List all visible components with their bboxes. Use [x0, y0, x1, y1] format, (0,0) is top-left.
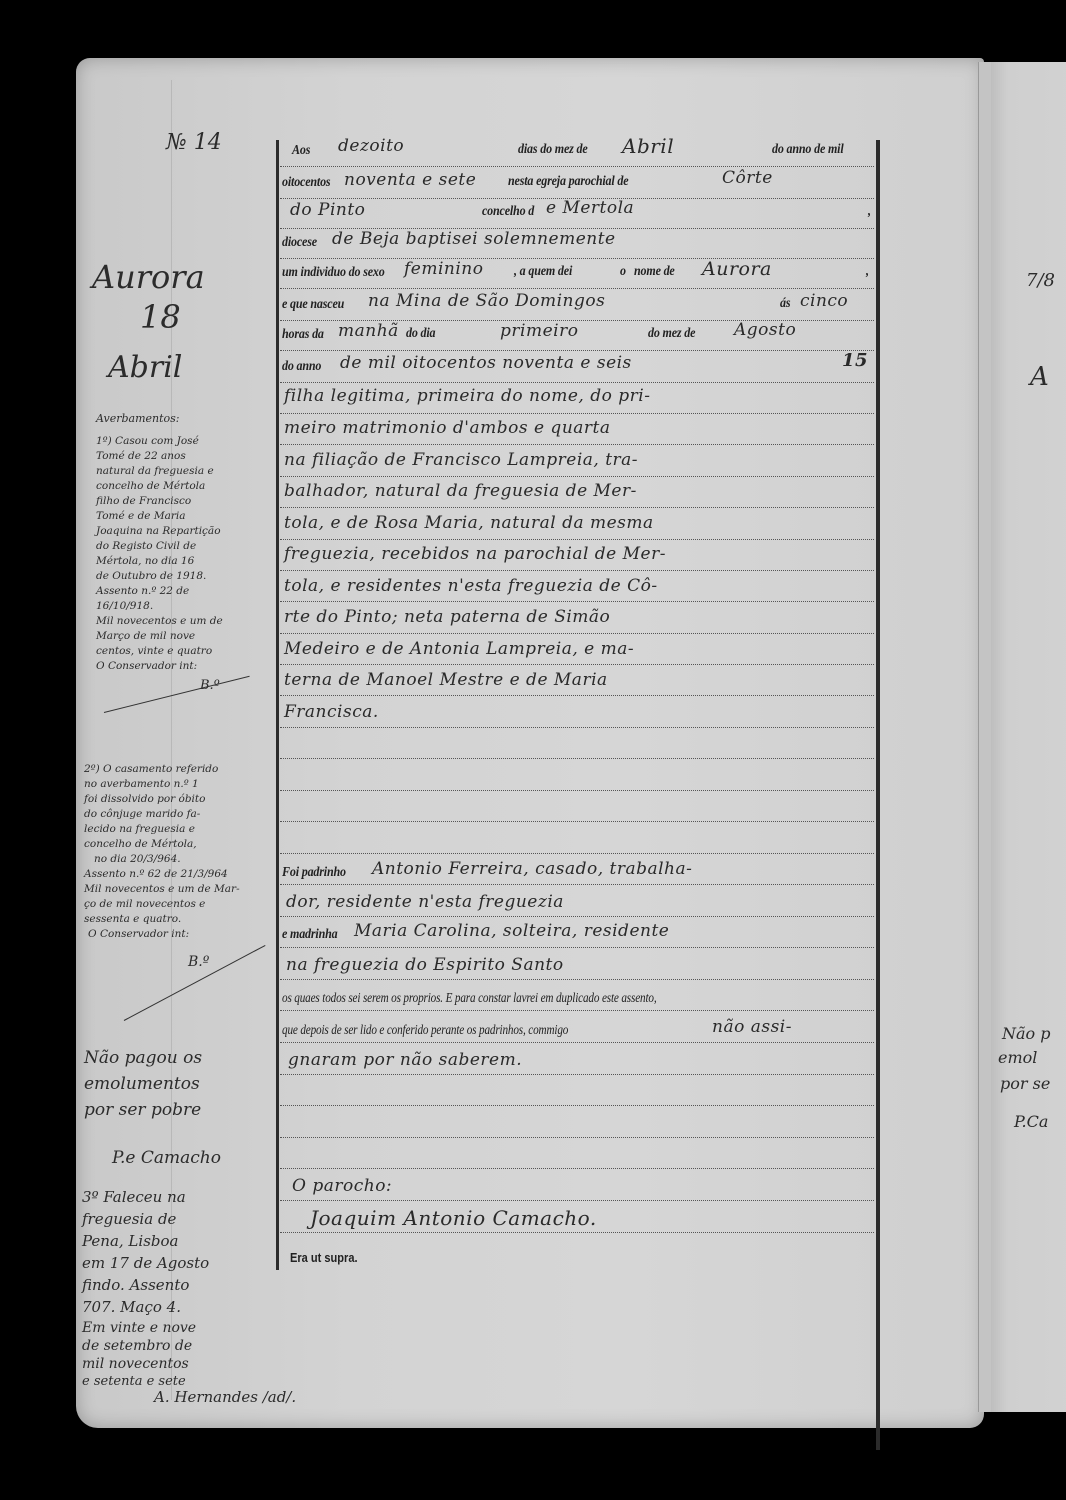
rule	[280, 258, 874, 259]
closing-text: os quaes todos sei serem os proprios. E …	[282, 991, 656, 1007]
body-line: balhador, natural da freguesia de Mer-	[284, 481, 637, 501]
body-line: Francisca.	[284, 702, 379, 722]
note-line: foi dissolvido por óbito	[84, 792, 205, 807]
entry-line-4: diocese de Beja baptisei solemnemente	[282, 234, 874, 251]
right-page-fragment: emol	[998, 1048, 1037, 1067]
printed-text: horas da	[282, 327, 324, 343]
handwritten-correction: 15	[842, 350, 868, 371]
right-page-fragment: 7/8	[1026, 270, 1055, 291]
note-line: O Conservador int:	[88, 927, 189, 942]
entry-number: № 14	[166, 130, 222, 155]
rule	[280, 1137, 874, 1138]
handwritten-name: Aurora	[702, 258, 772, 280]
closing-text: que depois de ser lido e conferido peran…	[282, 1023, 568, 1039]
body-line: tola, e de Rosa Maria, natural da mesma	[284, 513, 654, 533]
averbamentos-title: Averbamentos:	[96, 412, 180, 427]
godfather-name: Antonio Ferreira, casado, trabalha-	[372, 859, 692, 879]
note-line: O Conservador int:	[96, 659, 197, 674]
handwritten-hour: cinco	[800, 291, 848, 311]
note-line: findo. Assento	[82, 1276, 189, 1294]
entry-frame-left	[276, 140, 279, 1270]
note-signature: A. Hernandes /ad/.	[154, 1388, 296, 1406]
rule	[280, 695, 874, 696]
rule	[280, 1074, 874, 1075]
rule	[280, 444, 874, 445]
note-line: concelho de Mértola,	[84, 837, 197, 852]
printed-text: do mez de	[648, 326, 695, 342]
rule	[280, 853, 874, 854]
printed-text: concelho d	[482, 204, 534, 220]
handwritten-parish: Côrte	[722, 168, 773, 188]
note-line: Em vinte e nove	[82, 1320, 196, 1336]
note-line: 2º) O casamento referido	[84, 762, 218, 777]
note-signature: P.e Camacho	[112, 1148, 221, 1168]
godfather-continued: dor, residente n'esta freguezia	[286, 892, 564, 912]
note-line: Mértola, no dia 16	[96, 554, 194, 569]
printed-text: do anno de mil	[772, 142, 844, 158]
note-line: ço de mil novecentos e	[84, 897, 205, 912]
note-line: Joaquina na Repartição	[96, 524, 221, 539]
handwritten-birth-day: primeiro	[500, 321, 578, 341]
priest-title: O parocho:	[292, 1176, 392, 1196]
printed-text: , a quem dei	[514, 264, 572, 280]
handwritten-birth-month: Agosto	[734, 320, 796, 340]
note-line: sessenta e quatro.	[84, 912, 181, 927]
right-page-fragment: Não p	[1002, 1024, 1051, 1043]
priest-signature: Joaquim Antonio Camacho.	[310, 1206, 597, 1230]
closing-line-2: que depois de ser lido e conferido peran…	[282, 1022, 874, 1039]
body-line: meiro matrimonio d'ambos e quarta	[284, 418, 611, 438]
godfather-line: Foi padrinho Antonio Ferreira, casado, t…	[282, 864, 874, 881]
handwritten-day: dezoito	[338, 136, 404, 156]
handwritten-municipality: e Mertola	[546, 198, 634, 218]
note-line: Assento n.º 22 de	[96, 584, 189, 599]
rule	[280, 727, 874, 728]
margin-name: Aurora	[92, 258, 205, 296]
rule	[280, 288, 874, 289]
rule	[280, 382, 874, 383]
rule	[280, 570, 874, 571]
printed-text: dias do mez de	[518, 142, 587, 158]
body-line: Medeiro e de Antonia Lampreia, e ma-	[284, 639, 634, 659]
printed-text: o	[620, 264, 626, 280]
rule	[280, 884, 874, 885]
rule	[280, 916, 874, 917]
entry-line-8: do anno de mil oitocentos noventa e seis…	[282, 358, 874, 375]
note-line: 3º Faleceu na	[82, 1188, 186, 1206]
rule	[280, 1042, 874, 1043]
right-page-fragment: P.Ca	[1014, 1112, 1048, 1131]
rule	[280, 821, 874, 822]
entry-line-1: Aos dezoito dias do mez de Abril do anno…	[282, 142, 874, 159]
note-line: de Outubro de 1918.	[96, 569, 206, 584]
note-line: no dia 20/3/964.	[94, 852, 181, 867]
note-signature: B.º	[188, 954, 209, 970]
note-line: Assento n.º 62 de 21/3/964	[84, 867, 228, 882]
rule	[280, 947, 874, 948]
printed-text: nome de	[634, 264, 675, 280]
printed-text: oitocentos	[282, 175, 330, 191]
printed-text: do dia	[406, 326, 435, 342]
note-line: 16/10/918.	[96, 599, 153, 614]
note-line: no averbamento n.º 1	[84, 777, 199, 792]
note-line: Mil novecentos e um de Mar-	[84, 882, 240, 897]
closing-line-1: os quaes todos sei serem os proprios. E …	[282, 990, 874, 1007]
printed-text: Aos	[292, 143, 310, 159]
note-line: por ser pobre	[84, 1100, 201, 1120]
rule	[280, 166, 874, 167]
entry-line-2: oitocentos noventa e sete nesta egreja p…	[282, 174, 874, 191]
printed-text: nesta egreja parochial de	[508, 174, 628, 190]
rule	[280, 350, 874, 351]
rule	[280, 790, 874, 791]
entry-line-6: e que nasceu na Mina de São Domingos ás …	[282, 296, 874, 313]
handwritten-closing-cont: gnaram por não saberem.	[288, 1050, 522, 1070]
printed-text: e que nasceu	[282, 297, 344, 313]
body-line: freguezia, recebidos na parochial de Mer…	[284, 544, 666, 564]
rule	[280, 1168, 874, 1169]
note-line: freguesia de	[82, 1210, 176, 1228]
note-line: 707. Maço 4.	[82, 1298, 181, 1316]
rule	[280, 758, 874, 759]
printed-text: diocese	[282, 235, 317, 251]
body-line: na filiação de Francisco Lampreia, tra-	[284, 450, 638, 470]
handwritten-year: noventa e sete	[344, 170, 476, 190]
margin-month: Abril	[108, 350, 182, 385]
godmother-line: e madrinha Maria Carolina, solteira, res…	[282, 926, 874, 943]
godmother-continued: na freguezia do Espirito Santo	[286, 955, 564, 975]
note-line: de setembro de	[82, 1338, 192, 1354]
rule	[280, 601, 874, 602]
note-line: emolumentos	[84, 1074, 200, 1094]
handwritten-time-of-day: manhã	[338, 321, 399, 341]
note-line: centos, vinte e quatro	[96, 644, 212, 659]
note-line: Pena, Lisboa	[82, 1232, 178, 1250]
note-line: Tomé de 22 anos	[96, 449, 186, 464]
note-line: natural da freguesia e	[96, 464, 214, 479]
note-line: mil novecentos	[82, 1356, 189, 1372]
handwritten-diocese: de Beja baptisei solemnemente	[332, 229, 616, 249]
rule	[280, 507, 874, 508]
note-line: filho de Francisco	[96, 494, 191, 509]
note-line: Março de mil nove	[96, 629, 195, 644]
body-line: rte do Pinto; neta paterna de Simão	[284, 607, 610, 627]
rule	[280, 633, 874, 634]
body-line: filha legitima, primeira do nome, do pri…	[284, 386, 650, 406]
handwritten-sex: feminino	[404, 259, 483, 279]
handwritten-birthplace: na Mina de São Domingos	[368, 291, 605, 311]
handwritten-closing: não assi-	[712, 1017, 792, 1037]
entry-frame-right	[876, 140, 880, 1450]
godmother-label: e madrinha	[282, 927, 337, 943]
rule	[280, 664, 874, 665]
note-line: Não pagou os	[84, 1048, 202, 1068]
rule	[280, 1232, 874, 1233]
rule	[280, 979, 874, 980]
era-ut-supra: Era ut supra.	[290, 1250, 358, 1265]
right-page-fragment: A	[1030, 362, 1049, 392]
note-line: do Registo Civil de	[96, 539, 196, 554]
adjacent-page	[988, 62, 1066, 1412]
printed-text: do anno	[282, 359, 321, 375]
rule	[280, 1010, 874, 1011]
rule	[280, 413, 874, 414]
page-fold	[978, 62, 991, 1412]
printed-text: um individuo do sexo	[282, 265, 385, 281]
note-line: lecido na freguesia e	[84, 822, 195, 837]
note-line: Tomé e de Maria	[96, 509, 186, 524]
margin-day: 18	[140, 298, 181, 336]
note-line: 1º) Casou com José	[96, 434, 199, 449]
note-line: concelho de Mértola	[96, 479, 205, 494]
entry-line-5: um individuo do sexo feminino , a quem d…	[282, 264, 874, 281]
note-line: e setenta e sete	[82, 1374, 186, 1389]
godfather-label: Foi padrinho	[282, 865, 346, 881]
body-line: tola, e residentes n'esta freguezia de C…	[284, 576, 658, 596]
note-line: em 17 de Agosto	[82, 1254, 209, 1272]
rule	[280, 1200, 874, 1201]
rule	[280, 539, 874, 540]
printed-text: ,	[866, 264, 869, 280]
godmother-name: Maria Carolina, solteira, residente	[354, 921, 669, 941]
handwritten-month: Abril	[622, 134, 674, 158]
handwritten-birth-year: de mil oitocentos noventa e seis	[340, 353, 632, 373]
right-page-fragment: por se	[1000, 1074, 1050, 1093]
handwritten-parish-cont: do Pinto	[290, 200, 365, 220]
printed-text: ás	[780, 296, 790, 312]
note-line: do cônjuge marido fa-	[84, 807, 200, 822]
rule	[280, 476, 874, 477]
body-line: terna de Manoel Mestre e de Maria	[284, 670, 608, 690]
printed-text: ,	[868, 204, 871, 220]
entry-line-7: horas da manhã do dia primeiro do mez de…	[282, 326, 874, 343]
rule	[280, 1105, 874, 1106]
note-line: Mil novecentos e um de	[96, 614, 223, 629]
